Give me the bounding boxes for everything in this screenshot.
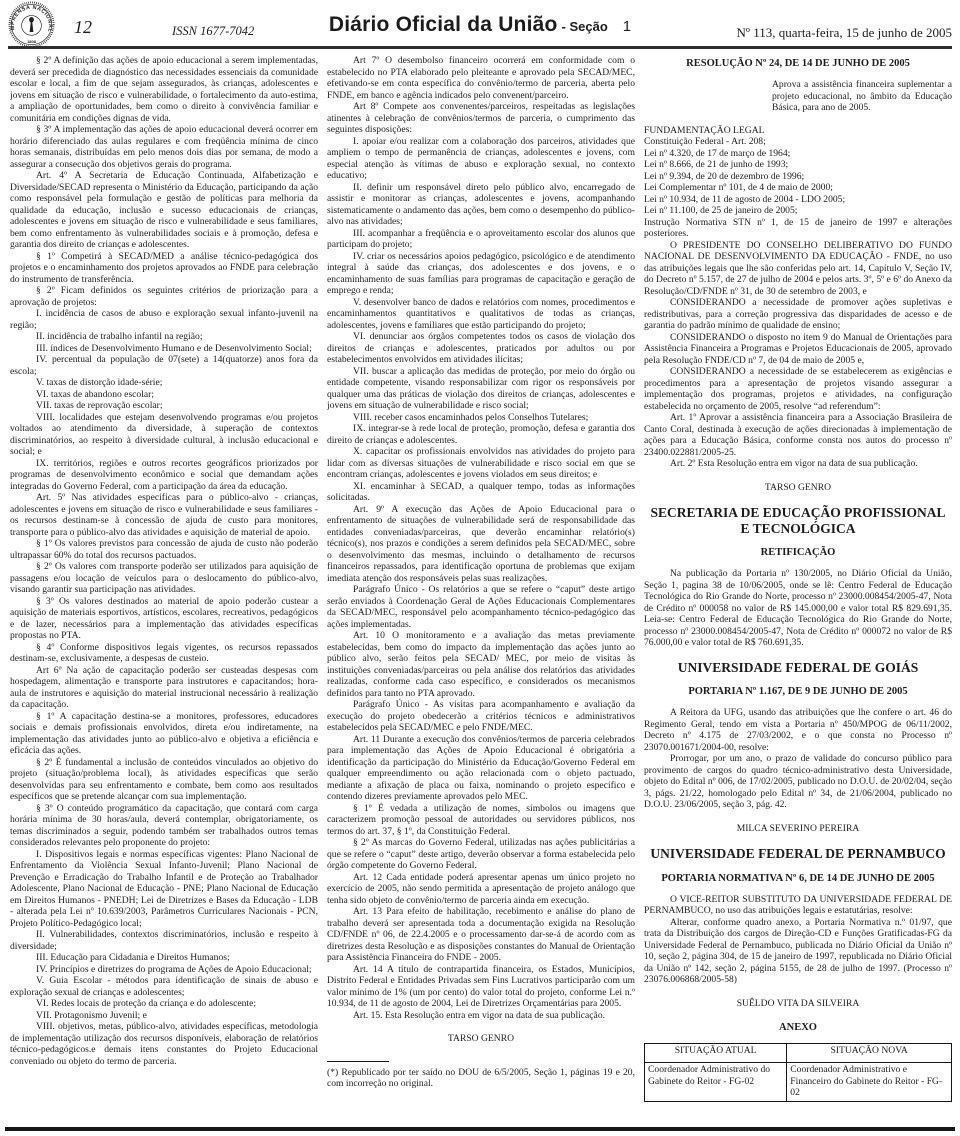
paragraph: Art. 13 Para efeito de habilitação, rece… (327, 906, 635, 964)
paragraph: Lei nº 4.320, de 17 de março de 1964; (644, 148, 952, 160)
paragraph: Art. 11 Durante a execução dos convênios… (327, 734, 635, 803)
paragraph: Lei nº 10.934, de 11 de agosto de 2004 -… (644, 194, 952, 206)
paragraph: CONSIDERANDO a necessidade de se estabel… (644, 366, 952, 412)
paragraph: V. Guia Escolar - métodos para identific… (10, 975, 318, 998)
paragraph: § 3º O conteúdo programático da capacita… (10, 803, 318, 849)
paragraph: Art. 10 O monitoramento e a avaliação da… (327, 630, 635, 699)
paragraph: § 2º Ficam definidos os seguintes critér… (10, 285, 318, 308)
paragraph: Art 6º Na ação de capacitação poderão se… (10, 665, 318, 711)
masthead-title: Diário Oficial da União (329, 13, 558, 36)
paragraph: XI. encaminhar à SECAD, a qualquer tempo… (327, 481, 635, 504)
paragraph: VI. taxas de abandono escolar; (10, 389, 318, 401)
paragraph: VII. buscar a aplicação das medidas de p… (327, 366, 635, 412)
section-heading: UNIVERSIDADE FEDERAL DE PERNAMBUCO (648, 846, 948, 862)
paragraph: Art 8º Compete aos convenentes/parceiros… (327, 101, 635, 136)
paragraph: IV. Princípios e diretrizes do programa … (10, 964, 318, 976)
section-heading: RESOLUÇÃO Nº 24, DE 14 DE JUNHO DE 2005 (644, 57, 952, 70)
signature: TARSO GENRO (327, 1033, 635, 1045)
paragraph: III. acompanhar a freqüência e o aprovei… (327, 228, 635, 251)
section-heading: UNIVERSIDADE FEDERAL DE GOIÁS (648, 660, 948, 676)
paragraph: Parágrafo Único - Os relatórios a que se… (327, 584, 635, 630)
paragraph: V. taxas de distorção idade-série; (10, 377, 318, 389)
paragraph: § 1º A capacitação destina-se a monitore… (10, 711, 318, 757)
section-heading: PORTARIA Nº 1.167, DE 9 DE JUNHO DE 2005 (644, 685, 952, 698)
footnote-separator (327, 1061, 389, 1062)
paragraph: Art. 2º Esta Resolução entra em vigor na… (644, 458, 952, 470)
signature: MILCA SEVERINO PEREIRA (644, 823, 952, 835)
paragraph: V. desenvolver banco de dados e relatóri… (327, 297, 635, 332)
paragraph: Art. 4º A Secretaria de Educação Continu… (10, 170, 318, 251)
paragraph: X. capacitar os profissionais envolvidos… (327, 446, 635, 481)
table-header-cell: SITUAÇÃO NOVA (787, 1044, 952, 1063)
page-body: § 2º A definição das ações de apoio educ… (10, 55, 952, 1127)
paragraph: IV. criar os necessários apoios pedagógi… (327, 251, 635, 297)
table-header-cell: SITUAÇÃO ATUAL (645, 1044, 787, 1063)
paragraph: § 1º É vedada a utilização de nomes, sím… (327, 803, 635, 838)
paragraph: VII. Protagonismo Juvenil; e (10, 1010, 318, 1022)
section-heading: RETIFICAÇÃO (644, 546, 952, 559)
anexo-table: SITUAÇÃO ATUALSITUAÇÃO NOVACoordenador A… (644, 1043, 952, 1102)
paragraph: § 1º Os valores previstos para concessão… (10, 538, 318, 561)
text-column-3: RESOLUÇÃO Nº 24, DE 14 DE JUNHO DE 2005A… (644, 55, 952, 1127)
paragraph: § 4º Conforme dispositivos legais vigent… (10, 642, 318, 665)
paragraph: Art. 5º Nas atividades específicas para … (10, 492, 318, 538)
paragraph: I. apoiar e/ou realizar com a colaboraçã… (327, 136, 635, 182)
edition-info: Nº 113, quarta-feira, 15 de junho de 200… (737, 25, 952, 41)
paragraph: § 2º A definição das ações de apoio educ… (10, 55, 318, 124)
paragraph: VIII. localidades que estejam desenvolve… (10, 412, 318, 458)
paragraph: II. definir um responsável direto pelo p… (327, 182, 635, 228)
paragraph: Na publicação da Portaria nº 130/2005, n… (644, 568, 952, 649)
paragraph: Parágrafo Único - As visitas para acompa… (327, 699, 635, 734)
paragraph: VII. taxas de reprovação escolar; (10, 400, 318, 412)
paragraph: IV. percentual da população de 07(sete) … (10, 354, 318, 377)
paragraph: VIII. objetivos, metas, público-alvo, at… (10, 1021, 318, 1067)
paragraph: § 2º Os valores com transporte poderão s… (10, 561, 318, 596)
paragraph: Art 7º O desembolso financeiro ocorrerá … (327, 55, 635, 101)
paragraph: § 2º É fundamental a inclusão de conteúd… (10, 757, 318, 803)
paragraph: § 3º A implementação das ações de apoio … (10, 124, 318, 170)
paragraph: Art. 1º Aprovar a assistência financeira… (644, 412, 952, 458)
paragraph: Constituição Federal - Art. 208; (644, 136, 952, 148)
paragraph: Lei nº 8.666, de 21 de junho de 1993; (644, 159, 952, 171)
paragraph: FUNDAMENTAÇÃO LEGAL (644, 125, 952, 137)
paragraph: CONSIDERANDO o disposto no item 9 do Man… (644, 332, 952, 367)
section-number: 1 (623, 18, 631, 35)
signature: TARSO GENRO (644, 482, 952, 494)
paragraph: Art. 12 Cada entidade poderá apresentar … (327, 872, 635, 907)
paragraph: III. índices de Desenvolvimento Humano e… (10, 343, 318, 355)
paragraph: CONSIDERANDO a necessidade de promover a… (644, 297, 952, 332)
paragraph: II. Vulnerabilidades, contextos discrimi… (10, 929, 318, 952)
footnote: (*) Republicado por ter saído no DOU de … (327, 1067, 635, 1090)
paragraph: Instrução Normativa STN nº 1, de 15 de j… (644, 217, 952, 240)
signature: SUÊLDO VITA DA SILVEIRA (644, 998, 952, 1010)
paragraph: Art. 14 A título de contrapartida financ… (327, 964, 635, 1010)
header-rule (8, 46, 952, 49)
paragraph: A Reitora da UFG, usando das atribuições… (644, 707, 952, 753)
paragraph: Lei nº 9.394, de 20 de dezembro de 1996; (644, 171, 952, 183)
paragraph: IX. territórios, regiões e outros recort… (10, 458, 318, 493)
paragraph: Lei Complementar nº 101, de 4 de maio de… (644, 182, 952, 194)
paragraph: § 3º Os valores destinados ao material d… (10, 596, 318, 642)
page-header: IMPRENSA NACIONAL 1808 12 ISSN 1677-7042… (0, 0, 960, 50)
table-cell: Coordenador Administrativo e Financeiro … (787, 1063, 952, 1102)
paragraph: Alterar, conforme quadro anexo, a Portar… (644, 917, 952, 986)
text-column-1: § 2º A definição das ações de apoio educ… (10, 55, 318, 1127)
svg-text:1808: 1808 (27, 39, 37, 44)
paragraph: O PRESIDENTE DO CONSELHO DELIBERATIVO DO… (644, 240, 952, 298)
paragraph: Lei nº 11.100, de 25 de janeiro de 2005; (644, 205, 952, 217)
paragraph: IX. integrar-se à rede local de proteção… (327, 423, 635, 446)
paragraph: VI. Redes locais de proteção da criança … (10, 998, 318, 1010)
table-cell: Coordenador Administrativo do Gabinete d… (645, 1063, 787, 1102)
page-bottom-rule (5, 1127, 955, 1131)
paragraph: § 1º Competirá à SECAD/MED a análise téc… (10, 251, 318, 286)
paragraph: Prorrogar, por um ano, o prazo de valida… (644, 753, 952, 811)
paragraph: I. incidência de casos de abuso e explor… (10, 308, 318, 331)
paragraph: § 2º As marcas do Governo Federal, utili… (327, 837, 635, 872)
section-heading: SECRETARIA DE EDUCAÇÃO PROFISSIONAL E TE… (648, 505, 948, 536)
paragraph: VI. denunciar aos órgãos competentes tod… (327, 331, 635, 366)
section-heading: ANEXO (644, 1021, 952, 1034)
paragraph: III. Educação para Cidadania e Direitos … (10, 952, 318, 964)
section-heading: PORTARIA NORMATIVA Nº 6, DE 14 DE JUNHO … (644, 872, 952, 885)
paragraph: Art. 15. Esta Resolução entra em vigor n… (327, 1010, 635, 1022)
paragraph: O VICE-REITOR SUBSTITUTO DA UNIVERSIDADE… (644, 894, 952, 917)
paragraph: I. Dispositivos legais e normas específi… (10, 849, 318, 930)
paragraph: VIII. receber casos encaminhados pelos C… (327, 412, 635, 424)
text-column-2: Art 7º O desembolso financeiro ocorrerá … (327, 55, 635, 1127)
ementa-quote: Aprova a assistência financeira suplemen… (644, 79, 952, 114)
paragraph: II. incidência de trabalho infantil na r… (10, 331, 318, 343)
section-label: - Seção (562, 19, 608, 34)
paragraph: Art. 9º A execução das Ações de Apoio Ed… (327, 504, 635, 585)
